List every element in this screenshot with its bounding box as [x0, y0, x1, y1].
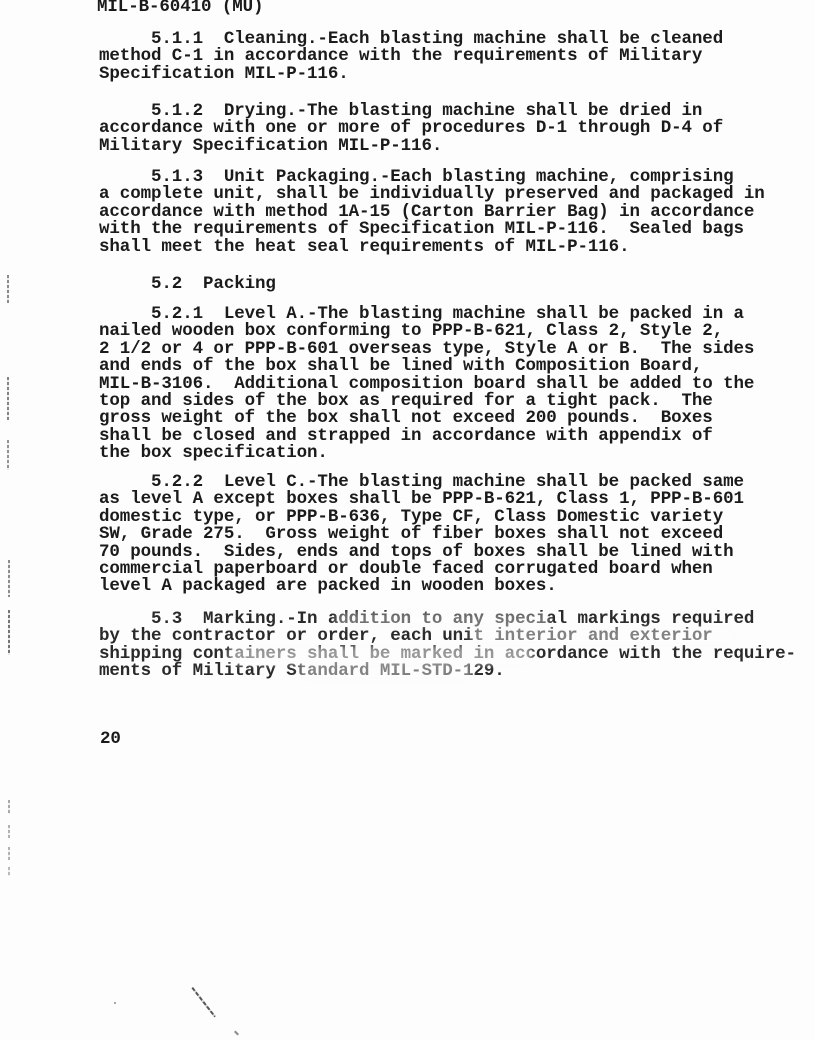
scan-margin-mark	[7, 377, 9, 420]
section-5-2-packing-heading: 5.2 Packing	[99, 276, 276, 293]
scan-margin-mark	[8, 847, 10, 860]
document-id-header: MIL-B-60410 (MU)	[97, 0, 263, 16]
scan-speck	[114, 1002, 116, 1004]
scan-margin-mark	[8, 560, 10, 597]
scan-stray-diagonal-line	[191, 987, 215, 1017]
section-5-2-2-level-c: 5.2.2 Level C.-The blasting machine shal…	[99, 474, 744, 596]
section-5-1-1-cleaning: 5.1.1 Cleaning.-Each blasting machine sh…	[99, 31, 723, 83]
section-5-2-1-level-a: 5.2.1 Level A.-The blasting machine shal…	[99, 306, 754, 463]
scan-speck	[234, 1031, 239, 1036]
scan-margin-mark	[8, 610, 10, 655]
section-5-3-marking: 5.3 Marking.-In addition to any special …	[99, 611, 796, 681]
scan-margin-mark	[8, 800, 10, 814]
page-number: 20	[100, 731, 121, 748]
scan-margin-mark	[8, 867, 10, 876]
scan-margin-mark	[7, 275, 9, 303]
scan-margin-mark	[7, 440, 9, 470]
scanned-document-page: MIL-B-60410 (MU) 5.1.1 Cleaning.-Each bl…	[0, 0, 815, 1040]
section-5-1-2-drying: 5.1.2 Drying.-The blasting machine shall…	[99, 103, 723, 155]
scan-margin-mark	[8, 825, 10, 838]
section-5-1-3-unit-packaging: 5.1.3 Unit Packaging.-Each blasting mach…	[99, 169, 765, 256]
